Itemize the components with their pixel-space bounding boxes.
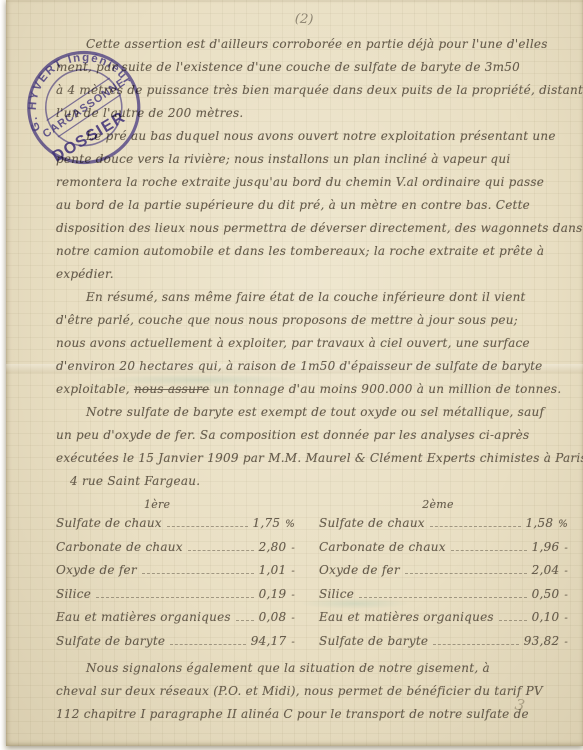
dash-leader [167,526,248,527]
handwritten-line: cheval sur deux réseaux (P.O. et Midi), … [56,680,570,703]
analysis-unit: - [291,613,295,624]
analysis-value: 0,10 [532,610,560,624]
analysis-2-entry: Carbonate de chaux1,96- [313,540,570,556]
analysis-unit: - [291,637,295,648]
dash-leader [499,620,527,621]
dash-leader [170,644,246,645]
table-row: Sulfate de chaux1,75% Sulfate de chaux1,… [56,516,570,540]
analysis-value: 94,17 [251,634,287,648]
handwritten-line-corrected: exploitable, nous assure un tonnage d'au… [56,378,570,401]
handwritten-line: notre camion automobile et dans les tomb… [56,240,570,263]
dash-leader [96,597,254,598]
table-row: Sulfate de baryte94,17- Sulfate de baryt… [56,634,570,658]
handwritten-line: exécutées le 15 Janvier 1909 par M.M. Ma… [56,447,570,470]
struck-out-words: nous assure [134,382,209,396]
analysis-1-entry: Silice0,19- [56,587,313,603]
analysis-label: Sulfate de chaux [319,516,425,530]
analysis-label: Sulfate de baryte [319,634,428,648]
dash-leader [451,550,527,551]
analysis-unit: % [285,519,295,530]
handwritten-line: remontera la roche extraite jusqu'au bor… [56,171,570,194]
dash-leader [430,526,521,527]
analysis-unit: - [564,590,568,601]
handwritten-line: d'environ 20 hectares qui, à raison de 1… [56,355,570,378]
analysis-label: Sulfate de chaux [56,516,162,530]
table-row: Eau et matières organiques0,08- Eau et m… [56,610,570,634]
dash-leader [142,573,254,574]
dash-leader [359,597,527,598]
analysis-label: Eau et matières organiques [319,610,494,624]
analysis-label: Eau et matières organiques [56,610,231,624]
analysis-2-entry: Sulfate de chaux1,58% [313,516,570,532]
handwritten-line: 112 chapitre I paragraphe II alinéa C po… [56,703,570,726]
analysis-unit: - [564,566,568,577]
analysis-value: 1,01 [259,563,287,577]
analysis-1-entry: Eau et matières organiques0,08- [56,610,313,626]
handwritten-line: Nous signalons également que la situatio… [56,657,570,680]
analysis-column-headers: 1ère 2ème [56,493,570,516]
handwritten-line: expédier. [56,263,570,286]
analysis-value: 0,19 [259,587,287,601]
analysis-unit: - [564,543,568,554]
analysis-label: Carbonate de chaux [319,540,446,554]
handwritten-line: d'être parlé, couche que nous nous propo… [56,309,570,332]
analysis-value: 1,96 [532,540,560,554]
analysis-label: Silice [319,587,354,601]
analysis-label: Carbonate de chaux [56,540,183,554]
handwritten-line: nous avons actuellement à exploiter, par… [56,332,570,355]
analysis-2-entry: Oxyde de fer2,04- [313,563,570,579]
dash-leader [236,620,254,621]
analysis-label: Oxyde de fer [319,563,400,577]
analysis-unit: - [291,543,295,554]
table-row: Silice0,19- Silice0,50- [56,587,570,611]
analysis-column-header-1: 1ère [144,493,170,516]
analysis-value: 1,75 [253,516,281,530]
handwritten-line: au bord de la partie supérieure du dit p… [56,194,570,217]
analysis-value: 2,04 [532,563,560,577]
analysis-1-entry: Carbonate de chaux2,80- [56,540,313,556]
analysis-value: 1,58 [526,516,554,530]
analysis-unit: - [564,613,568,624]
handwritten-line: Notre sulfate de baryte est exempt de to… [56,401,570,424]
analysis-1-entry: Sulfate de chaux1,75% [56,516,313,532]
handwritten-line: un peu d'oxyde de fer. Sa composition es… [56,424,570,447]
analysis-2-entry: Eau et matières organiques0,10- [313,610,570,626]
analysis-column-header-2: 2ème [422,493,453,516]
analysis-label: Sulfate de baryte [56,634,165,648]
table-row: Oxyde de fer1,01- Oxyde de fer2,04- [56,563,570,587]
dash-leader [188,550,254,551]
handwritten-line: disposition des lieux nous permettra de … [56,217,570,240]
handwritten-line: 4 rue Saint Fargeau. [56,470,570,493]
handwritten-line: En résumé, sans même faire état de la co… [56,286,570,309]
analysis-value: 0,08 [259,610,287,624]
table-row: Carbonate de chaux2,80- Carbonate de cha… [56,540,570,564]
analysis-1-entry: Sulfate de baryte94,17- [56,634,313,650]
scanned-document-photo: (2) Cette assertion est d'ailleurs corro… [0,0,583,750]
analysis-2-entry: Silice0,50- [313,587,570,603]
analysis-unit: - [291,590,295,601]
line-segment: un tonnage d'au moins 900.000 à un milli… [209,382,561,396]
dash-leader [405,573,527,574]
analysis-unit: - [564,637,568,648]
analysis-value: 2,80 [259,540,287,554]
dash-leader [433,644,519,645]
analysis-value: 93,82 [524,634,560,648]
analysis-2-entry: Sulfate de baryte93,82- [313,634,570,650]
line-segment: exploitable, [56,382,134,396]
analysis-unit: - [291,566,295,577]
carcassonne-ink-stamp: G. HYVERT Ingénieur CARCASSONNE DOSSIER [13,38,163,180]
analysis-label: Silice [56,587,91,601]
analysis-label: Oxyde de fer [56,563,137,577]
analysis-value: 0,50 [532,587,560,601]
analysis-1-entry: Oxyde de fer1,01- [56,563,313,579]
analysis-unit: % [558,519,568,530]
